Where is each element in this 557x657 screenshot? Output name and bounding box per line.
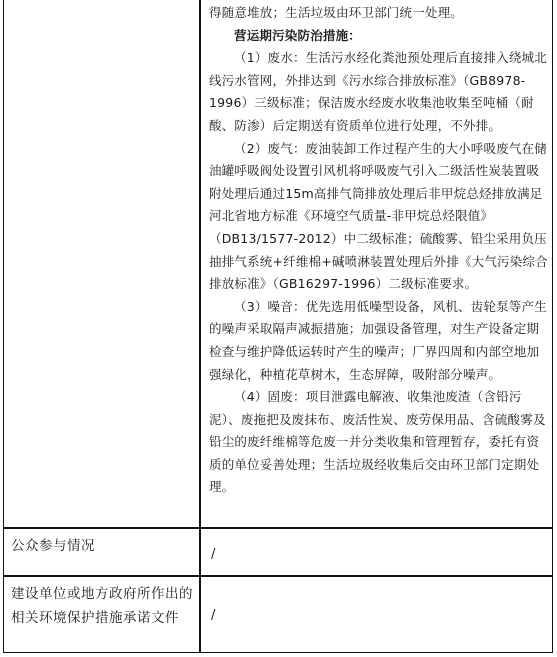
commitment-documents-label: 建设单位或地方政府所作出的相关环境保护措施承诺文件 [11, 582, 193, 630]
info-table: 得随意堆放；生活垃圾由环卫部门统一处理。 营运期污染防治措施： （1）废水：生活… [3, 0, 553, 653]
public-participation-value: / [211, 547, 215, 562]
solid-waste-paragraph: （4）固废：项目泄露电解液、收集池废渣（含铅污泥）、废拖把及废抹布、废活性炭、废… [209, 386, 549, 499]
row-divider [4, 575, 552, 577]
noise-paragraph: （3）噪音：优先选用低噪型设备，风机、齿轮泵等产生的噪声采取隔声减振措施；加强设… [209, 296, 549, 386]
column-divider [199, 0, 201, 652]
text-line: 得随意堆放；生活垃圾由环卫部门统一处理。 [209, 2, 549, 25]
row-divider [4, 527, 552, 529]
section-heading: 营运期污染防治措施： [209, 25, 549, 48]
commitment-documents-value: / [211, 608, 215, 623]
exhaust-gas-paragraph: （2）废气：废油装卸工作过程产生的大小呼吸废气在储油罐呼吸阀处设置引风机将呼吸废… [209, 138, 549, 296]
wastewater-paragraph: （1）废水：生活污水经化粪池预处理后直接排入绕城北线污水管网，外排达到《污水综合… [209, 47, 549, 137]
public-participation-label: 公众参与情况 [11, 534, 193, 558]
pollution-measures-cell: 得随意堆放；生活垃圾由环卫部门统一处理。 营运期污染防治措施： （1）废水：生活… [209, 2, 549, 499]
